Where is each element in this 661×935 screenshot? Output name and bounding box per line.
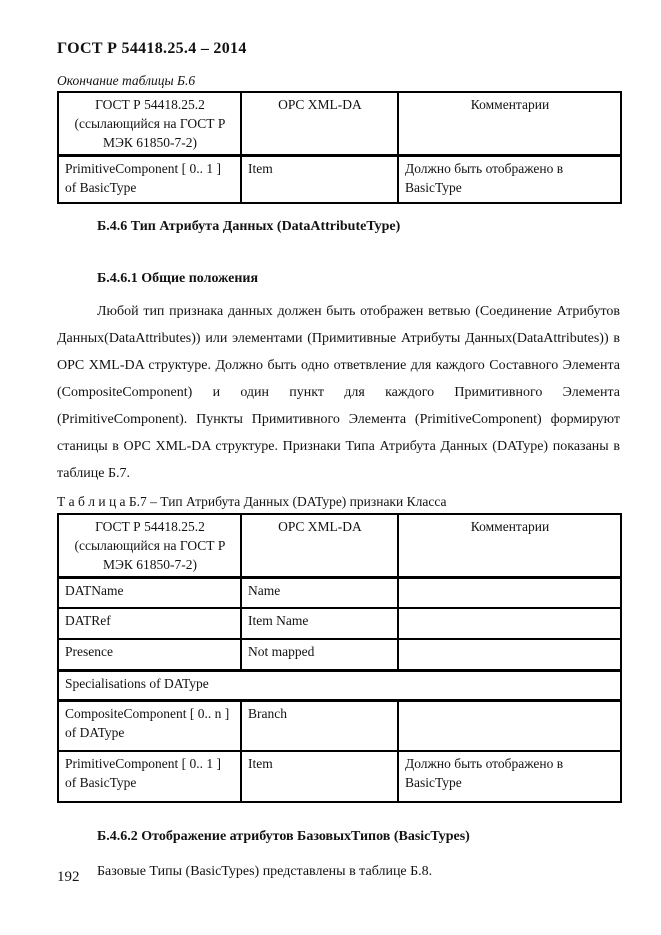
paragraph-b462: Базовые Типы (BasicTypes) представлены в… [57, 858, 620, 885]
table-b7-cell: Presence [58, 639, 241, 670]
table-b7-cell: Not mapped [241, 639, 398, 670]
table-row: DATName Name [58, 577, 621, 608]
table-b7-header-row: ГОСТ Р 54418.25.2 (ссылающийся на ГОСТ Р… [58, 514, 621, 578]
table-b7-cell: Item Name [241, 608, 398, 639]
section-heading-b462: Б.4.6.2 Отображение атрибутов БазовыхТип… [97, 829, 620, 845]
table-b7-cell: Branch [241, 700, 398, 751]
table-row: Presence Not mapped [58, 639, 621, 670]
table-b7-cell: DATRef [58, 608, 241, 639]
table-b7-header-opc: OPC XML-DA [241, 514, 398, 578]
table-b6-header-comments: Комментарии [398, 92, 621, 156]
table-b6-cell: Item [241, 156, 398, 203]
table-b7-caption: Т а б л и ц а Б.7 – Тип Атрибута Данных … [57, 494, 620, 510]
table-row-specialisations: Specialisations of DAType [58, 670, 621, 700]
table-row: PrimitiveComponent [ 0.. 1 ] of BasicTyp… [58, 156, 621, 203]
table-b6-cell: Должно быть отображено в BasicType [398, 156, 621, 203]
table-row: PrimitiveComponent [ 0.. 1 ] of BasicTyp… [58, 751, 621, 802]
table-b7-span-cell: Specialisations of DAType [58, 670, 621, 700]
table-b7-cell: Должно быть отображено в BasicType [398, 751, 621, 802]
table-b7-cell: DATName [58, 577, 241, 608]
table-b7-cell [398, 700, 621, 751]
table-b7: ГОСТ Р 54418.25.2 (ссылающийся на ГОСТ Р… [57, 513, 622, 804]
table-b7-cell: PrimitiveComponent [ 0.. 1 ] of BasicTyp… [58, 751, 241, 802]
table-b6-header-row: ГОСТ Р 54418.25.2 (ссылающийся на ГОСТ Р… [58, 92, 621, 156]
paragraph-b461: Любой тип признака данных должен быть от… [57, 298, 620, 487]
table-b6-continuation-caption: Окончание таблицы Б.6 [57, 73, 620, 89]
section-heading-b461: Б.4.6.1 Общие положения [97, 271, 620, 287]
table-b7-cell [398, 577, 621, 608]
section-heading-b46: Б.4.6 Тип Атрибута Данных (DataAttribute… [97, 219, 620, 235]
table-b7-header-gost: ГОСТ Р 54418.25.2 (ссылающийся на ГОСТ Р… [58, 514, 241, 578]
table-row: DATRef Item Name [58, 608, 621, 639]
table-row: CompositeComponent [ 0.. n ] of DAType B… [58, 700, 621, 751]
table-b7-cell: CompositeComponent [ 0.. n ] of DAType [58, 700, 241, 751]
page-number: 192 [57, 869, 80, 886]
table-b6: ГОСТ Р 54418.25.2 (ссылающийся на ГОСТ Р… [57, 91, 622, 204]
table-b7-cell: Item [241, 751, 398, 802]
table-b7-cell [398, 608, 621, 639]
table-b7-cell: Name [241, 577, 398, 608]
document-page: ГОСТ Р 54418.25.4 – 2014 Окончание табли… [0, 0, 661, 935]
table-b6-header-opc: OPC XML-DA [241, 92, 398, 156]
table-b7-header-comments: Комментарии [398, 514, 621, 578]
table-b6-cell: PrimitiveComponent [ 0.. 1 ] of BasicTyp… [58, 156, 241, 203]
doc-header: ГОСТ Р 54418.25.4 – 2014 [57, 40, 620, 58]
table-b7-cell [398, 639, 621, 670]
table-b6-header-gost: ГОСТ Р 54418.25.2 (ссылающийся на ГОСТ Р… [58, 92, 241, 156]
